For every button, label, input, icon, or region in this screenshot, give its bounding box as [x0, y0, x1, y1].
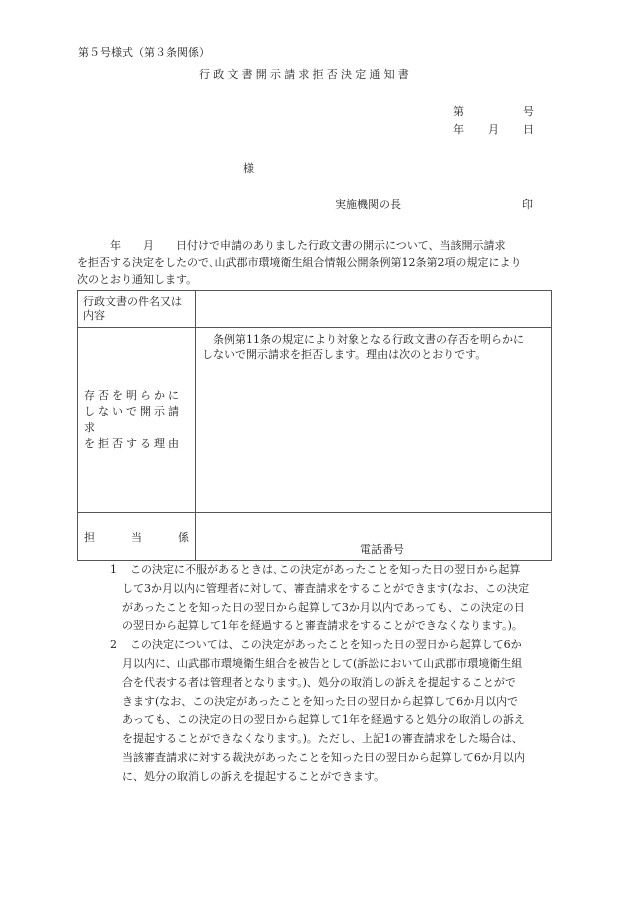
date-year: 年 — [453, 124, 464, 135]
notes-section: 1 この決定に不服があるときは､この決定があったことを知った日の翌日から起算 し… — [110, 561, 555, 787]
table-row-refusal-reason: 存否を明らかに しないで開示請求 を拒否する理由 条例第11条の規定により対象と… — [78, 328, 552, 513]
seal-mark: 印 — [522, 199, 533, 210]
date-month: 月 — [488, 124, 499, 135]
body-line: 次のとおり通知します。 — [77, 271, 553, 288]
form-number: 第５号様式（第３条関係） — [78, 47, 210, 58]
table-row-contact: 担 当 係 電話番号 — [78, 513, 552, 561]
note-item: 1 この決定に不服があるときは､この決定があったことを知った日の翌日から起算 し… — [110, 561, 555, 636]
refusal-reason-label: 存否を明らかに しないで開示請求 を拒否する理由 — [78, 328, 195, 512]
document-title: 行政文書開示請求拒否決定通知書 — [0, 69, 630, 80]
table-row-document-subject: 行政文書の件名又は内容 — [78, 291, 552, 328]
document-subject-value — [196, 291, 552, 328]
document-subject-label: 行政文書の件名又は内容 — [78, 291, 195, 327]
phone-number-label: 電話番号 — [360, 541, 404, 557]
reference-number-suffix: 号 — [523, 106, 534, 117]
reference-number-prefix: 第 — [453, 106, 464, 117]
addressee-honorific: 様 — [243, 163, 254, 174]
body-paragraph: 年 月 日付けで申請のありました行政文書の開示について、当該開示請求 を拒否する… — [77, 237, 553, 288]
date-day: 日 — [523, 124, 534, 135]
agency-head: 実施機関の長 — [335, 199, 401, 210]
contact-person-label: 担 当 係 — [78, 513, 195, 560]
body-line: 年 月 日付けで申請のありました行政文書の開示について、当該開示請求 — [77, 237, 553, 254]
body-line: を拒否する決定をしたので､山武郡市環境衛生組合情報公開条例第12条第2項の規定に… — [77, 254, 553, 271]
note-number: 2 — [110, 636, 117, 655]
refusal-reason-text: 条例第11条の規定により対象となる行政文書の存否を明らかに しないで開示請求を拒… — [196, 328, 551, 362]
decision-table: 行政文書の件名又は内容 存否を明らかに しないで開示請求 を拒否する理由 条例第… — [77, 290, 552, 561]
note-item: 2 この決定については、この決定があったことを知った日の翌日から起算して6か 月… — [110, 636, 555, 786]
note-number: 1 — [110, 561, 117, 580]
